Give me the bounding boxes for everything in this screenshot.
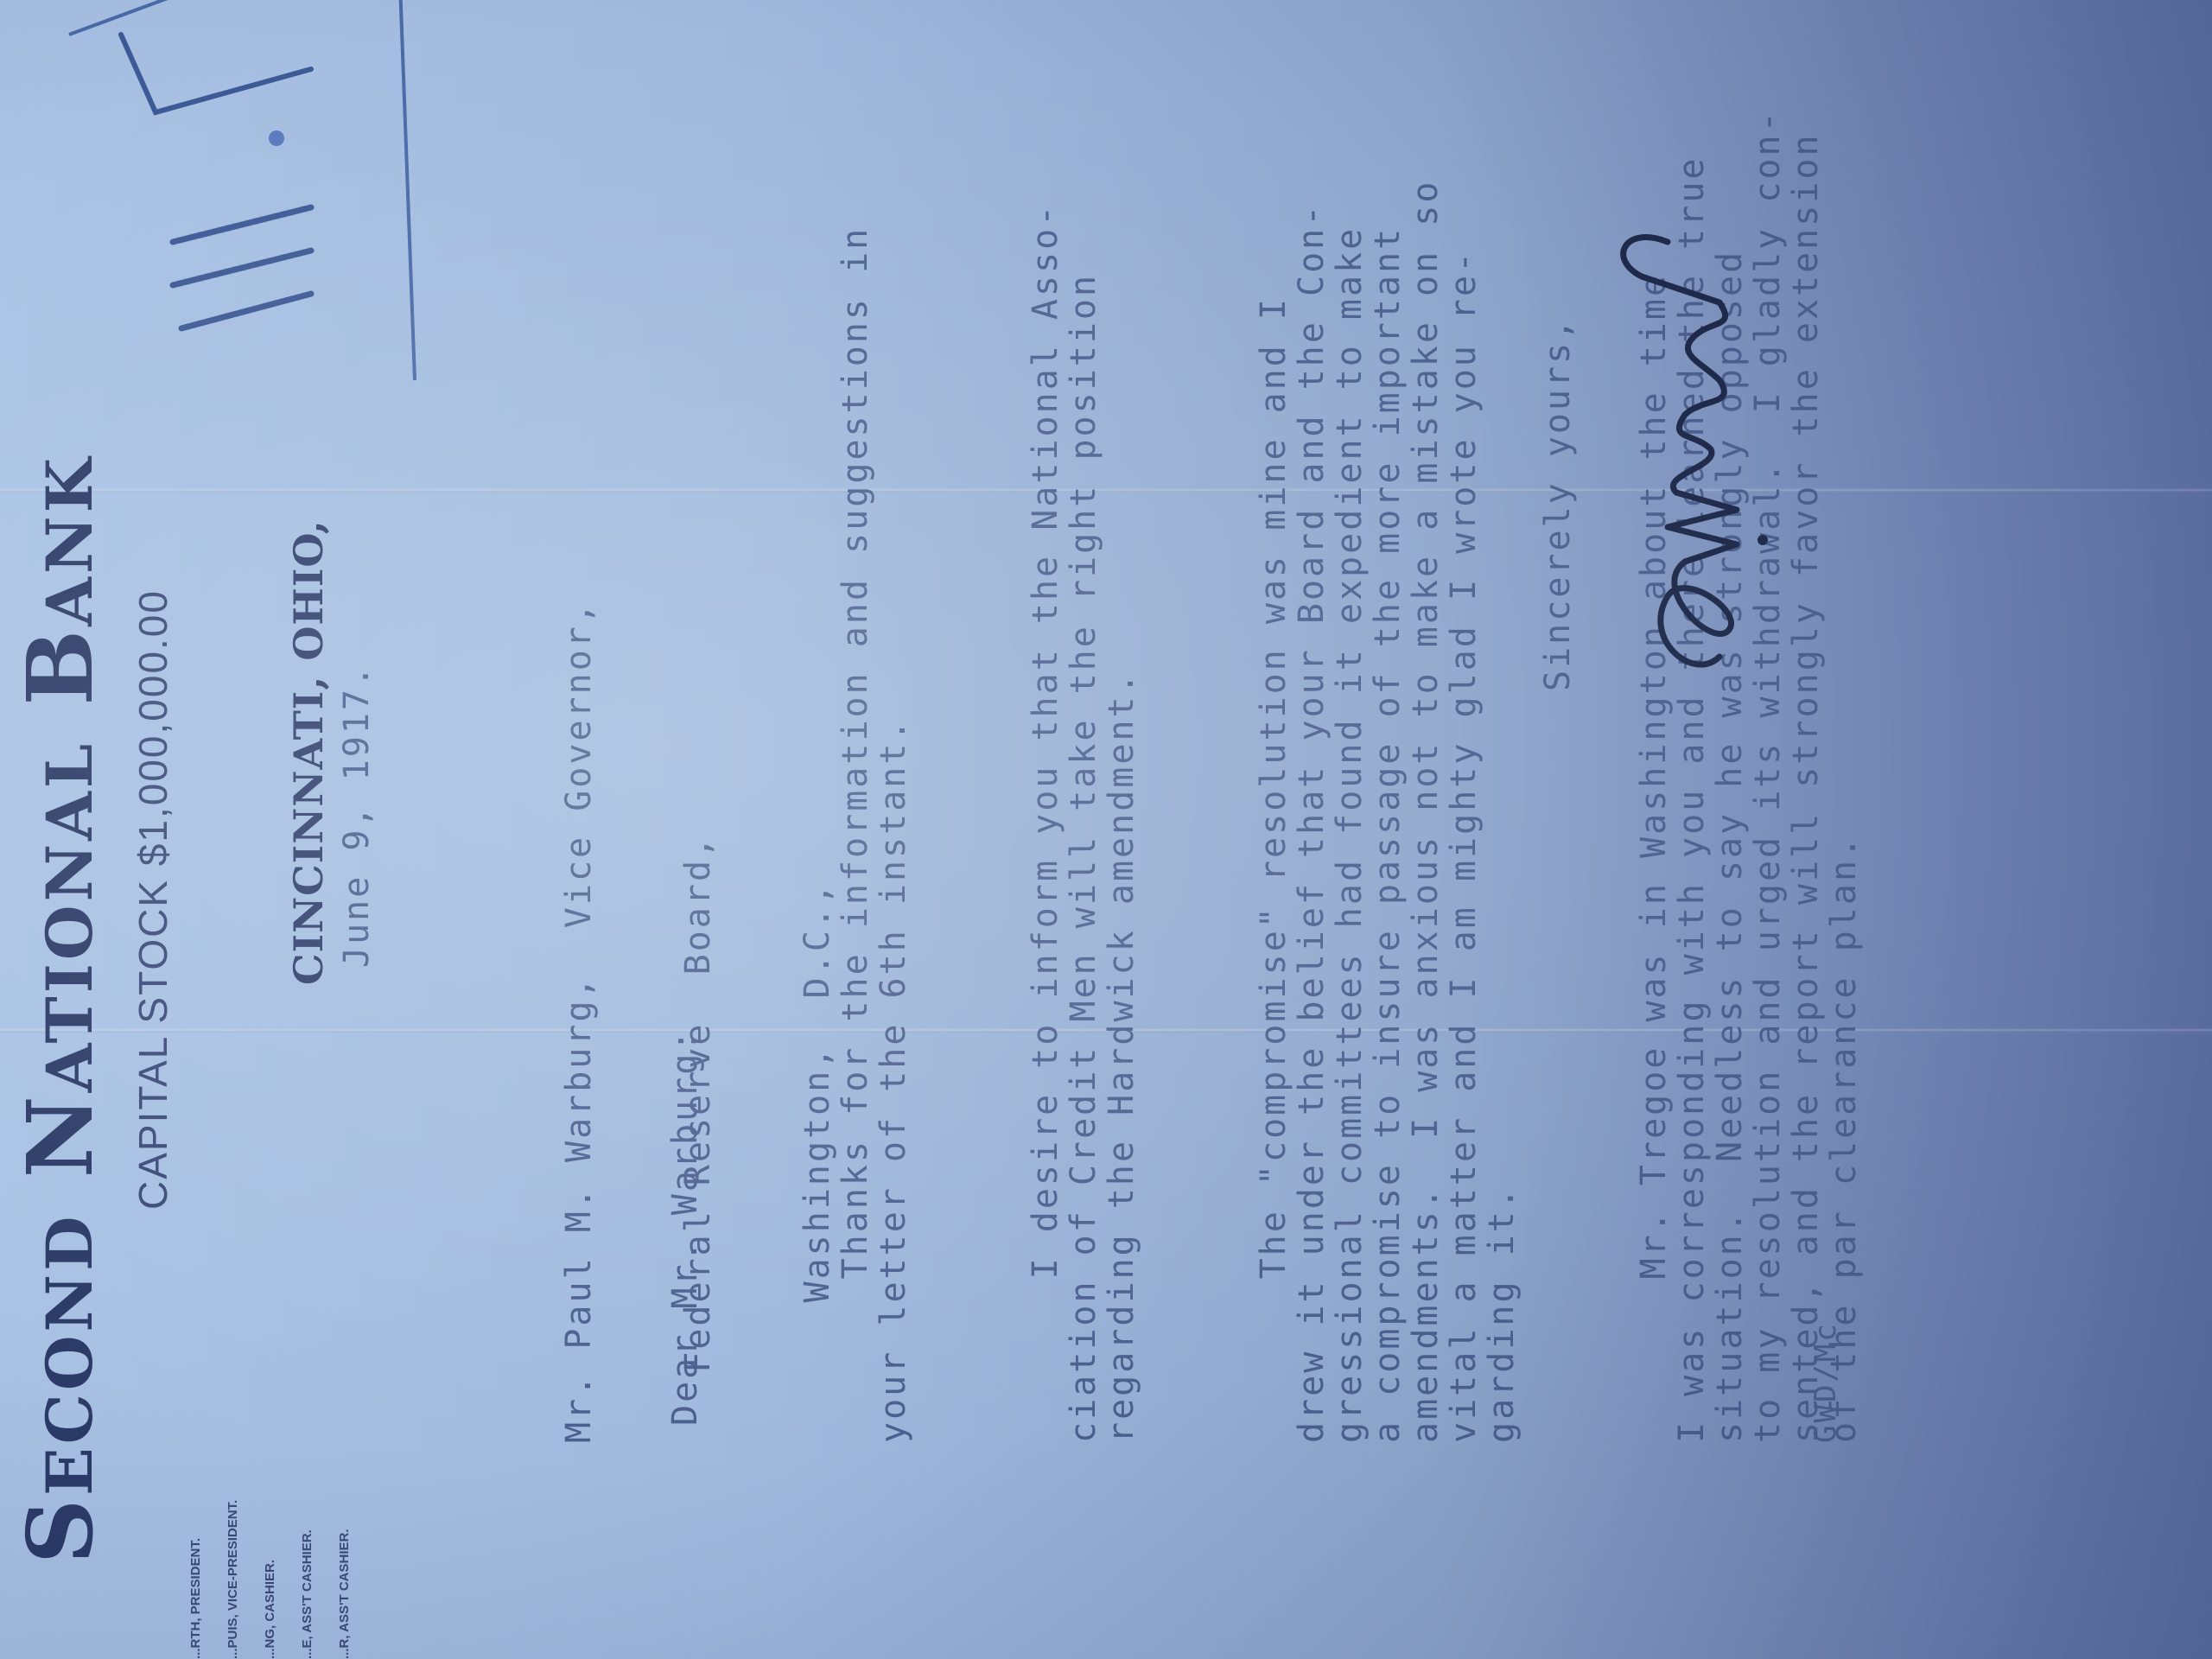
officer: ...RTH, PRESIDENT. [177,1500,214,1659]
paragraph: I desire to inform you that the National… [1027,109,1141,1443]
reference-initials: GWD/Mc [1806,1321,1846,1443]
letter-date: June 9, 1917. [337,664,377,968]
officer: ...PUIS, VICE-PRESIDENT. [214,1500,251,1659]
closing: Sincerely yours, [1538,317,1578,691]
city-line: CINCINNATI, OHIO, [285,519,332,985]
bank-name: Second National Bank [7,454,113,1564]
officer: ...R, ASS'T CASHIER. [326,1500,363,1659]
paragraph: The "compromise" resolution was mine and… [1255,109,1521,1443]
capital-stock: CAPITAL STOCK $1,000,000.00 [130,589,176,1210]
officer: ...NG, CASHIER. [251,1500,289,1659]
pencil-check-mark-icon [52,0,484,397]
paragraph: Thanks for the information and suggestio… [836,109,912,1443]
officer: ...E, ASS'T CASHIER. [289,1500,326,1659]
letter-sheet: Second National Bank CAPITAL STOCK $1,00… [0,0,2212,1659]
salutation: Dear Mr. Warburg: [665,1028,705,1426]
handwritten-signature-icon [1590,207,1815,691]
officers-list: ...RTH, PRESIDENT. ...PUIS, VICE-PRESIDE… [177,1500,363,1659]
address-line: Mr. Paul M. Warburg, Vice Governor, [559,601,599,1443]
